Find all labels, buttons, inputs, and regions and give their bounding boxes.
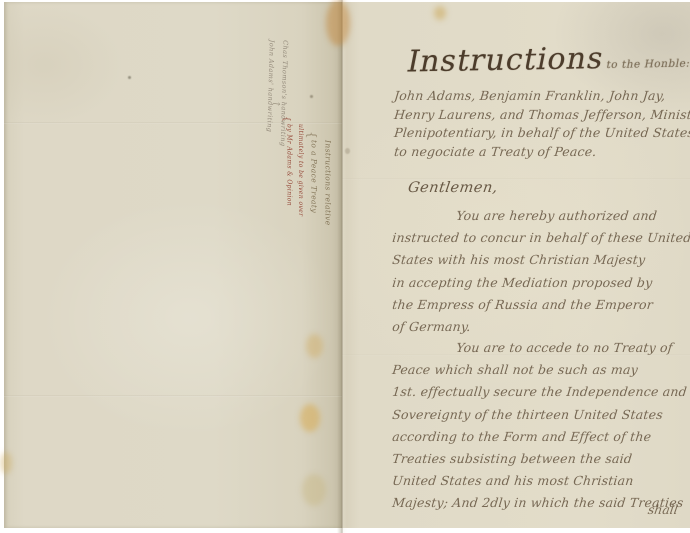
annotation-line: John Adams' handwriting <box>262 40 278 132</box>
crease-line <box>342 178 690 180</box>
manuscript-line: United States and his most Christian <box>391 473 688 495</box>
manuscript-line: Plenipotentiary, in behalf of the United… <box>393 125 690 144</box>
salutation: Gentlemen, <box>407 180 499 196</box>
manuscript-line: in accepting the Mediation proposed by <box>391 275 690 297</box>
speck <box>128 76 131 79</box>
manuscript-line: instructed to concur in behalf of these … <box>391 230 690 252</box>
manuscript-line: You are hereby authorized and <box>391 208 690 230</box>
ink-annotation: Instructions relativeto a Peace Treaty <box>306 140 335 272</box>
manuscript-line: the Empress of Russia and the Emperor <box>391 297 690 319</box>
manuscript-line: Treaties subsisting between the said <box>391 451 688 473</box>
foxing-stain <box>302 474 326 506</box>
foxing-stain <box>434 6 446 20</box>
manuscript-line: You are to accede to no Treaty of <box>391 340 688 362</box>
manuscript-line: of Germany. <box>391 319 690 341</box>
speck <box>310 95 313 98</box>
manuscript-line: Majesty; And 2dly in which the said Trea… <box>391 495 688 517</box>
manuscript-line: Henry Laurens, and Thomas Jefferson, Min… <box>393 107 690 126</box>
catchword: shall <box>647 502 679 517</box>
crease-line <box>4 395 342 397</box>
title-word: Instructions <box>404 41 607 79</box>
manuscript-title: Instructionsto the Honble: <box>404 40 690 80</box>
manuscript-scan: Chas Thomson's handwritingJohn Adams' ha… <box>0 0 690 533</box>
foxing-stain <box>300 404 320 432</box>
annotation-line: Instructions relative <box>320 140 334 272</box>
foxing-stain <box>326 0 350 46</box>
left-page <box>4 2 342 528</box>
manuscript-line: John Adams, Benjamin Franklin, John Jay, <box>393 88 690 107</box>
heading-lines: John Adams, Benjamin Franklin, John Jay,… <box>394 88 690 162</box>
page-fold <box>337 0 347 533</box>
brace-mark: { <box>281 116 291 122</box>
annotation-line: ultimately to be given over <box>294 124 305 236</box>
paragraph-2: You are to accede to no Treaty ofPeace w… <box>392 340 687 518</box>
title-continuation: to the Honble: <box>605 58 690 71</box>
manuscript-line: 1st. effectually secure the Independence… <box>391 384 688 406</box>
manuscript-line: Peace which shall not be such as may <box>391 362 688 384</box>
foxing-stain <box>306 334 323 358</box>
foxing-stain <box>0 452 12 474</box>
paragraph-1: You are hereby authorized andinstructed … <box>392 208 690 341</box>
manuscript-line: States with his most Christian Majesty <box>391 252 690 274</box>
manuscript-line: to negociate a Treaty of Peace. <box>393 144 690 163</box>
brace-mark: { <box>305 131 319 139</box>
manuscript-line: according to the Form and Effect of the <box>391 429 688 451</box>
manuscript-line: Sovereignty of the thirteen United State… <box>391 407 688 429</box>
annotation-line: to a Peace Treaty <box>306 140 320 272</box>
annotation-line: by Mr Adams & Opinion <box>283 124 294 236</box>
arrow-mark: → <box>271 98 281 110</box>
speck <box>345 148 350 154</box>
red-ink-annotation: ultimately to be given overby Mr Adams &… <box>283 124 306 236</box>
